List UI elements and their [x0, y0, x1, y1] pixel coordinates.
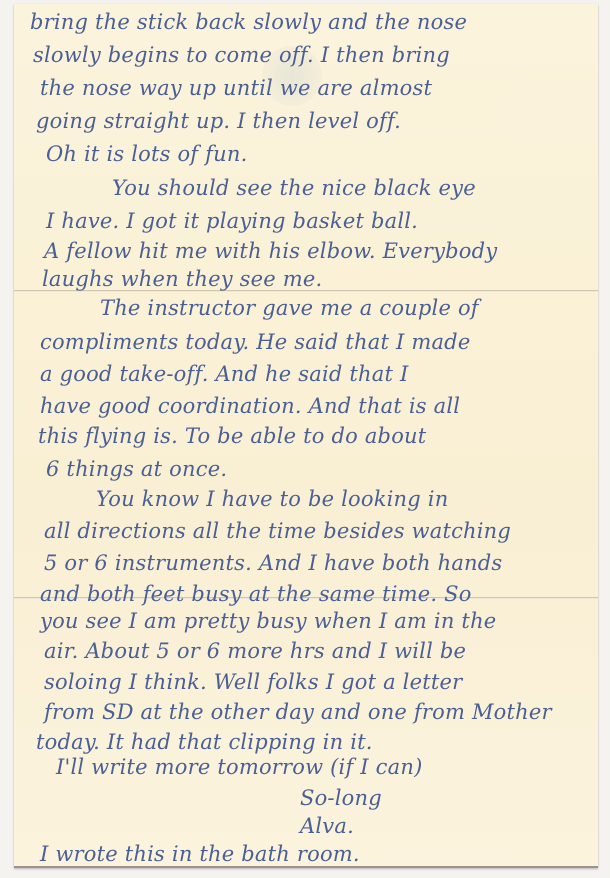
letter-line: I have. I got it playing basket ball. — [46, 211, 418, 232]
letter-line: Oh it is lots of fun. — [46, 144, 247, 165]
letter-line: and both feet busy at the same time. So — [40, 584, 472, 605]
letter-line: The instructor gave me a couple of — [100, 298, 479, 319]
letter-closing: So-long — [300, 788, 382, 809]
letter-line: going straight up. I then level off. — [36, 111, 401, 132]
letter-line: slowly begins to come off. I then bring — [33, 45, 450, 66]
letter-page: bring the stick back slowly and the nose… — [14, 4, 598, 868]
letter-line: compliments today. He said that I made — [40, 332, 470, 353]
letter-line: the nose way up until we are almost — [40, 78, 432, 99]
letter-line: A fellow hit me with his elbow. Everybod… — [44, 241, 497, 262]
letter-line: a good take-off. And he said that I — [40, 364, 409, 385]
letter-line: laughs when they see me. — [42, 269, 322, 290]
letter-line: this flying is. To be able to do about — [38, 426, 426, 447]
letter-line: air. About 5 or 6 more hrs and I will be — [44, 641, 466, 662]
letter-line: you see I am pretty busy when I am in th… — [40, 611, 496, 632]
letter-viewer: bring the stick back slowly and the nose… — [0, 0, 610, 878]
letter-line: bring the stick back slowly and the nose — [30, 12, 467, 33]
letter-signature: Alva. — [300, 816, 354, 837]
letter-line: from SD at the other day and one from Mo… — [44, 702, 552, 723]
letter-line: 5 or 6 instruments. And I have both hand… — [44, 553, 502, 574]
letter-line: have good coordination. And that is all — [40, 396, 460, 417]
letter-line: today. It had that clipping in it. — [36, 732, 373, 753]
letter-line: I'll write more tomorrow (if I can) — [56, 757, 422, 778]
letter-postscript: I wrote this in the bath room. — [40, 844, 360, 865]
letter-line: 6 things at once. — [46, 459, 227, 480]
letter-line: You should see the nice black eye — [112, 178, 476, 199]
letter-line: all directions all the time besides watc… — [44, 521, 511, 542]
letter-line: soloing I think. Well folks I got a lett… — [44, 672, 462, 693]
letter-line: You know I have to be looking in — [96, 489, 448, 510]
